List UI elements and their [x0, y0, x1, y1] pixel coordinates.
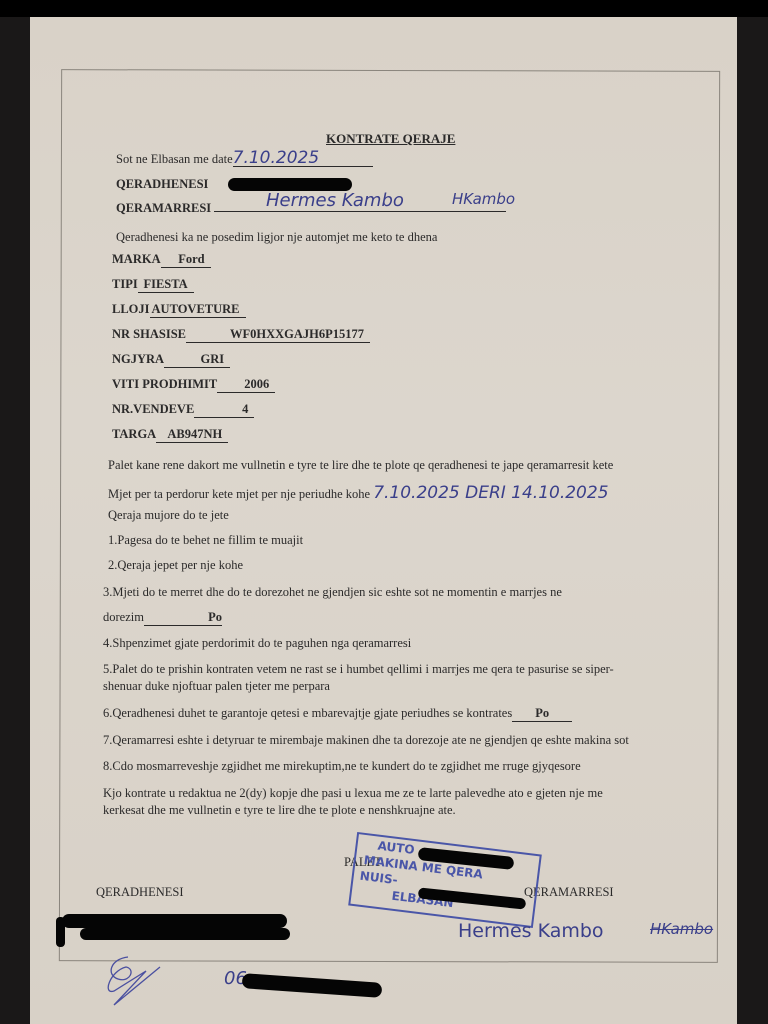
- clause-8: 8.Cdo mosmarreveshje zgjidhet me mirekup…: [103, 759, 581, 774]
- phone-redaction: [242, 973, 383, 998]
- vehicle-field-value: FIESTA: [138, 277, 194, 293]
- clause-6: 6.Qeradhenesi duhet te garantoje qetesi …: [103, 706, 572, 722]
- vehicle-field-label: VITI PRODHIMIT: [112, 377, 217, 391]
- closing-b: kerkesat dhe me vullnetin e tyre te lire…: [103, 803, 456, 818]
- intro-text: Qeradhenesi ka ne posedim ligjor nje aut…: [116, 230, 437, 245]
- date-prefix: Sot ne Elbasan me date: [116, 152, 233, 166]
- vehicle-field-value: GRI: [164, 352, 230, 368]
- clause-6-text: 6.Qeradhenesi duhet te garantoje qetesi …: [103, 706, 512, 720]
- vehicle-field-row: NR SHASISEWF0HXXGAJH6P15177: [112, 327, 370, 343]
- company-stamp: AUTO MAKINA ME QERA NUIS- ELBASAN: [348, 832, 542, 928]
- vehicle-field-value: AUTOVETURE: [150, 302, 246, 318]
- vehicle-field-value: Ford: [161, 252, 211, 268]
- vehicle-field-label: TARGA: [112, 427, 156, 441]
- monthly-text: Qeraja mujore do te jete: [108, 508, 229, 523]
- lessee-signature-initials: HKambo: [650, 920, 713, 938]
- stamp-line-3: NUIS-: [359, 869, 398, 888]
- vehicle-field-row: NR.VENDEVE4: [112, 402, 254, 418]
- vehicle-field-value: 4: [194, 402, 254, 418]
- contract-document: KONTRATE QERAJE Sot ne Elbasan me date7.…: [0, 0, 768, 1024]
- date-line: Sot ne Elbasan me date7.10.2025: [116, 150, 373, 167]
- clause-2: 2.Qeraja jepet per nje kohe: [108, 558, 243, 573]
- lessee-label: QERAMARRESI: [116, 201, 211, 216]
- vehicle-field-label: NR.VENDEVE: [112, 402, 194, 416]
- clause-6-value: Po: [512, 706, 572, 722]
- vehicle-field-row: TIPIFIESTA: [112, 277, 194, 293]
- vehicle-field-label: LLOJI: [112, 302, 150, 316]
- lessor-signature-redaction-2: [80, 928, 290, 940]
- delivery-label: dorezim: [103, 610, 144, 624]
- vehicle-field-row: TARGAAB947NH: [112, 427, 228, 443]
- vehicle-field-label: TIPI: [112, 277, 138, 291]
- vehicle-field-label: NR SHASISE: [112, 327, 186, 341]
- closing-a: Kjo kontrate u redaktua ne 2(dy) kopje d…: [103, 786, 603, 801]
- delivery-value: Po: [144, 610, 222, 626]
- clause-5b: shenuar duke njoftuar palen tjeter me pe…: [103, 679, 330, 694]
- clause-3-delivery: dorezimPo: [103, 610, 222, 626]
- vehicle-field-row: NGJYRAGRI: [112, 352, 230, 368]
- period-value: 7.10.2025 DERI 14.10.2025: [373, 483, 608, 503]
- clause-7: 7.Qeramarresi eshte i detyruar te miremb…: [103, 733, 629, 748]
- vehicle-field-label: NGJYRA: [112, 352, 164, 366]
- lessor-label: QERADHENESI: [116, 177, 208, 192]
- clause-5a: 5.Palet do te prishin kontraten vetem ne…: [103, 662, 614, 677]
- date-value: 7.10.2025: [233, 150, 373, 167]
- document-title: KONTRATE QERAJE: [326, 131, 455, 147]
- lessor-handwritten-signature: [100, 945, 190, 1015]
- lessee-initials: HKambo: [452, 190, 515, 208]
- lessor-signature-redaction-3: [56, 917, 65, 947]
- vehicle-field-row: MARKAFord: [112, 252, 211, 268]
- vehicle-field-row: VITI PRODHIMIT2006: [112, 377, 275, 393]
- vehicle-field-value: 2006: [217, 377, 275, 393]
- vehicle-field-label: MARKA: [112, 252, 161, 266]
- clause-3: 3.Mjeti do te merret dhe do te dorezohet…: [103, 585, 562, 600]
- vehicle-field-row: LLOJIAUTOVETURE: [112, 302, 246, 318]
- agreement-text: Palet kane rene dakort me vullnetin e ty…: [108, 458, 613, 473]
- vehicle-field-value: WF0HXXGAJH6P15177: [186, 327, 370, 343]
- clause-4: 4.Shpenzimet gjate perdorimit do te pagu…: [103, 636, 411, 651]
- clause-1: 1.Pagesa do te behet ne fillim te muajit: [108, 533, 303, 548]
- signature-lessor-label: QERADHENESI: [96, 885, 184, 900]
- period-prefix: Mjet per ta perdorur kete mjet per nje p…: [108, 487, 370, 501]
- lessee-signature: Hermes Kambo: [458, 920, 604, 942]
- lessor-signature-redaction: [62, 914, 287, 928]
- period-line: Mjet per ta perdorur kete mjet per nje p…: [108, 483, 609, 503]
- vehicle-field-value: AB947NH: [156, 427, 228, 443]
